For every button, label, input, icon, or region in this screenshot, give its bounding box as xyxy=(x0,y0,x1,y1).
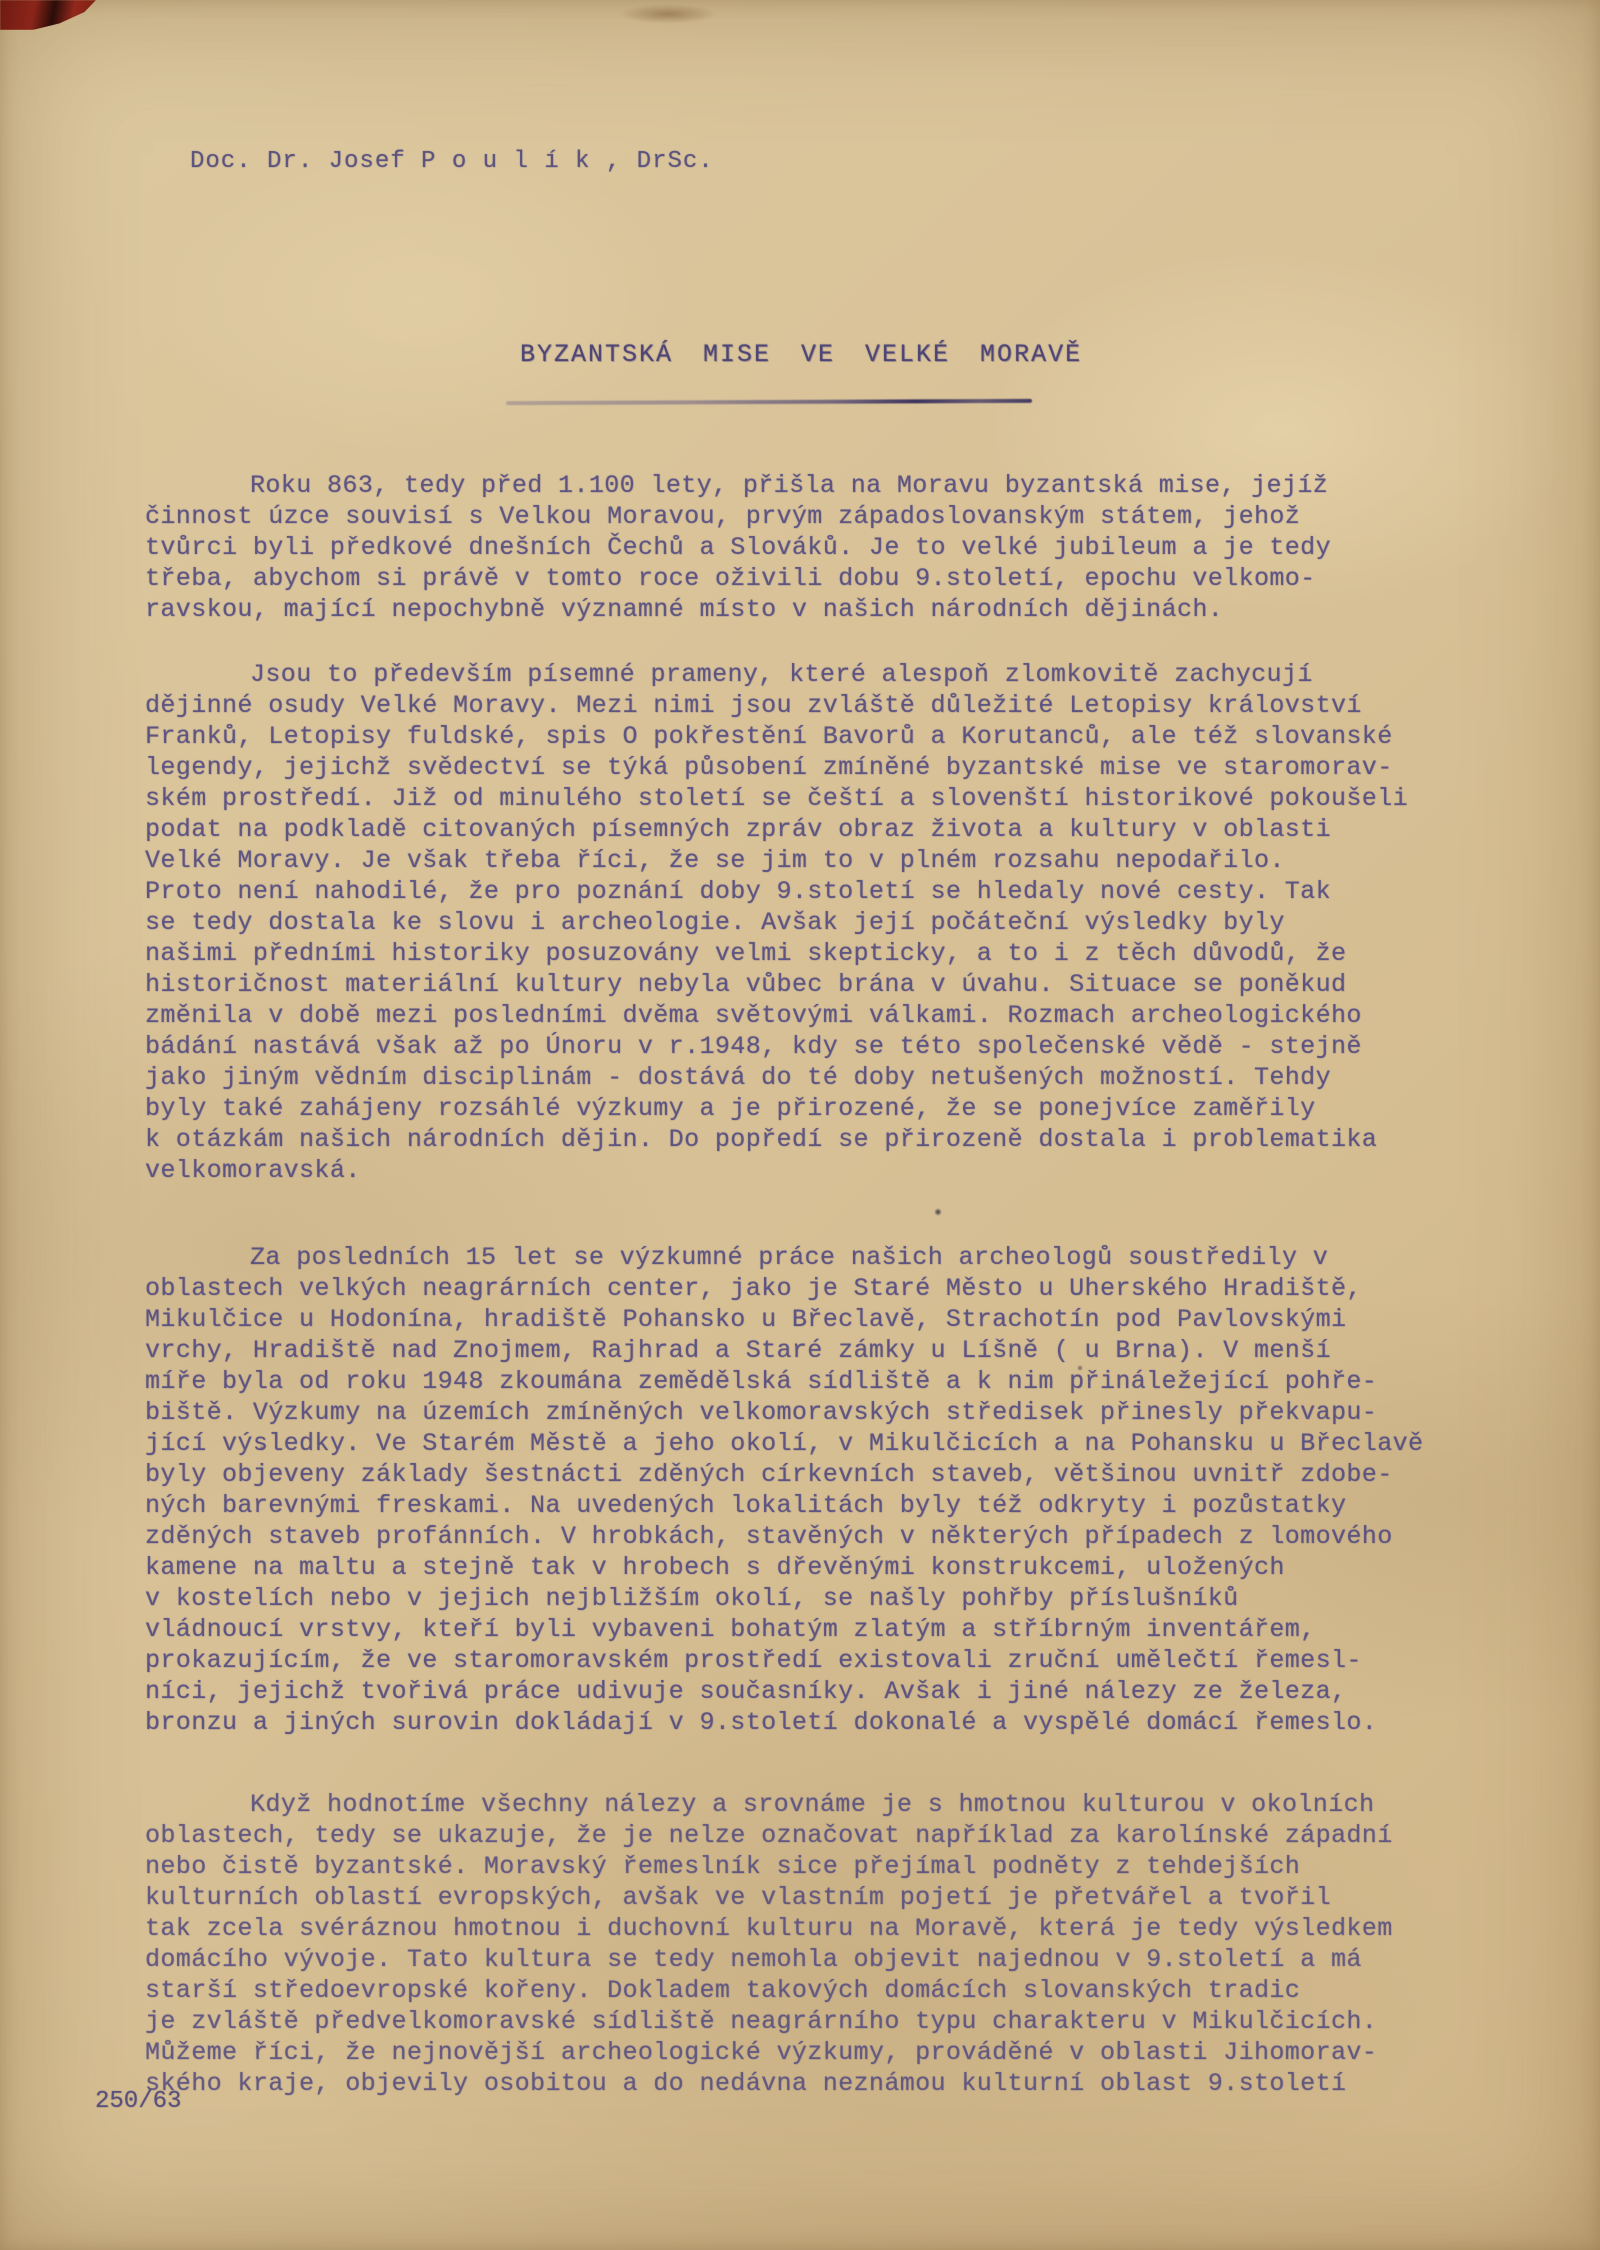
red-corner-mark xyxy=(0,0,96,30)
paragraph-1: Roku 863, tedy před 1.100 lety, přišla n… xyxy=(145,470,1480,625)
page-number: 250/63 xyxy=(95,2088,181,2115)
paragraph-4: Když hodnotíme všechny nálezy a srovnáme… xyxy=(145,1789,1480,2099)
paragraph-3: Za posledních 15 let se výzkumné práce n… xyxy=(145,1242,1480,1738)
document-page: Doc. Dr. Josef P o u l í k , DrSc. BYZAN… xyxy=(0,0,1600,2250)
paragraph-2: Jsou to především písemné prameny, které… xyxy=(145,659,1480,1186)
document-title: BYZANTSKÁ MISE VE VELKÉ MORAVĚ xyxy=(520,340,1082,369)
author-line: Doc. Dr. Josef P o u l í k , DrSc. xyxy=(190,148,714,175)
title-underline xyxy=(506,399,1032,405)
